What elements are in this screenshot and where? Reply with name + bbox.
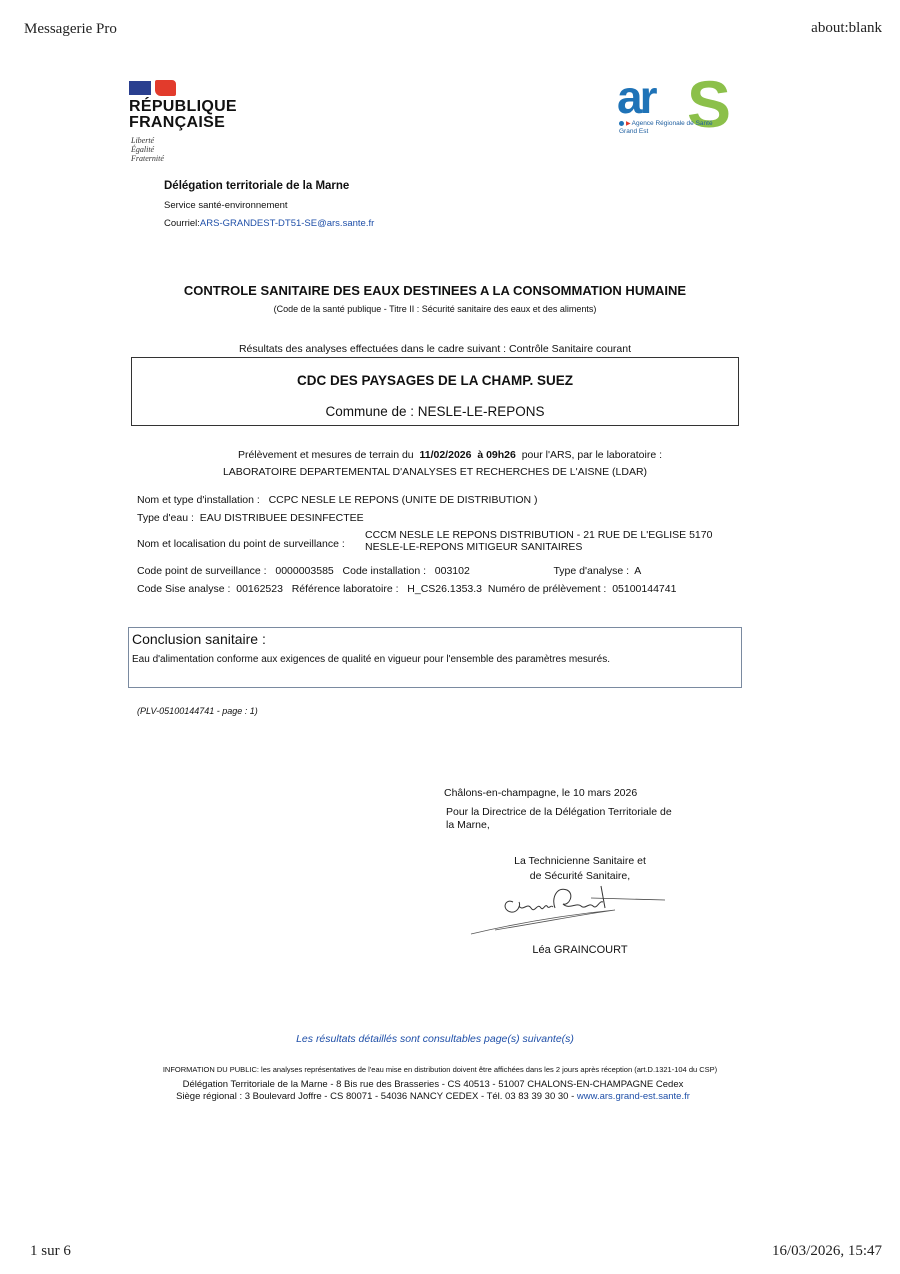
detailed-results-note: Les résultats détaillés sont consultable… <box>0 1033 870 1045</box>
public-information: INFORMATION DU PUBLIC: les analyses repr… <box>0 1065 880 1074</box>
installation-value: CCPC NESLE LE REPONS (UNITE DE DISTRIBUT… <box>269 494 538 506</box>
point-value-line2: NESLE-LE-REPONS MITIGEUR SANITAIRES <box>365 541 739 553</box>
place-date: Châlons-en-champagne, le 10 mars 2026 <box>444 787 637 799</box>
motto-fraternite: Fraternité <box>131 154 164 163</box>
sampling-prefix: Prélèvement et mesures de terrain du <box>238 449 414 461</box>
sampling-suffix: pour l'ARS, par le laboratoire : <box>522 449 662 461</box>
sise-label: Code Sise analyse : <box>137 583 230 595</box>
document-title: CONTROLE SANITAIRE DES EAUX DESTINEES A … <box>0 283 870 298</box>
rf-line1: RÉPUBLIQUE <box>129 99 237 115</box>
sise-value: 00162523 <box>236 583 283 595</box>
print-footer-timestamp: 16/03/2026, 15:47 <box>772 1243 882 1260</box>
water-type-label: Type d'eau : <box>137 512 194 524</box>
ars-tagline: ▶Agence Régionale de Santé Grand Est <box>619 120 713 136</box>
regional-address: Siège régional : 3 Boulevard Joffre - CS… <box>0 1091 866 1102</box>
website-link[interactable]: www.ars.grand-est.sante.fr <box>577 1091 690 1102</box>
signatory-name: Léa GRAINCOURT <box>480 944 680 956</box>
point-value-line1: CCCM NESLE LE REPONS DISTRIBUTION - 21 R… <box>365 529 739 541</box>
email-link[interactable]: ARS-GRANDEST-DT51-SE@ars.sante.fr <box>200 218 374 229</box>
signatory-authority: Pour la Directrice de la Délégation Terr… <box>446 806 686 832</box>
point-code-value: 0000003585 <box>275 565 333 577</box>
rf-line2: FRANÇAISE <box>129 115 237 131</box>
rf-motto: Liberté Égalité Fraternité <box>131 136 164 163</box>
lab-ref-label: Référence laboratoire : <box>292 583 399 595</box>
laboratory-name: LABORATOIRE DEPARTEMENTAL D'ANALYSES ET … <box>0 466 870 478</box>
delegation-address: Délégation Territoriale de la Marne - 8 … <box>0 1079 866 1090</box>
installation-code-value: 003102 <box>435 565 470 577</box>
regional-address-text: Siège régional : 3 Boulevard Joffre - CS… <box>176 1091 577 1102</box>
entity-name: CDC DES PAYSAGES DE LA CHAMP. SUEZ <box>132 373 738 388</box>
motto-egalite: Égalité <box>131 145 164 154</box>
water-type-row: Type d'eau : EAU DISTRIBUEE DESINFECTEE <box>137 512 364 524</box>
print-header-url: about:blank <box>811 20 882 37</box>
analysis-type-label: Type d'analyse : <box>553 565 629 577</box>
authority-line2: la Marne, <box>446 819 686 832</box>
motto-liberte: Liberté <box>131 136 164 145</box>
ars-arrow-icon: ▶ <box>626 121 631 127</box>
sampling-date: 11/02/2026 <box>419 449 471 461</box>
installation-row: Nom et type d'installation : CCPC NESLE … <box>137 494 538 506</box>
print-header-title: Messagerie Pro <box>24 21 117 38</box>
service-name: Service santé-environnement <box>164 200 288 211</box>
authority-line1: Pour la Directrice de la Délégation Terr… <box>446 806 686 819</box>
sampling-line: Prélèvement et mesures de terrain du 11/… <box>0 449 900 461</box>
email-label: Courriel: <box>164 218 200 229</box>
sample-no-value: 05100144741 <box>612 583 676 595</box>
ars-dot-icon <box>619 121 624 126</box>
ars-region: Grand Est <box>619 128 648 135</box>
role-line1: La Technicienne Sanitaire et <box>480 854 680 869</box>
conclusion-box: Conclusion sanitaire : Eau d'alimentatio… <box>128 627 742 688</box>
point-label: Nom et localisation du point de surveill… <box>137 538 345 550</box>
sampling-time: à 09h26 <box>477 449 516 461</box>
lab-ref-value: H_CS26.1353.3 <box>407 583 482 595</box>
conclusion-heading: Conclusion sanitaire : <box>132 631 266 647</box>
analysis-type-value: A <box>634 565 641 577</box>
marianne-flag-icon <box>129 80 177 96</box>
delegation-name: Délégation territoriale de la Marne <box>164 180 349 192</box>
commune-name: Commune de : NESLE-LE-REPONS <box>132 404 738 419</box>
point-code-label: Code point de surveillance : <box>137 565 267 577</box>
codes-row: Code point de surveillance : 0000003585 … <box>137 565 641 577</box>
control-framework: Résultats des analyses effectuées dans l… <box>0 343 870 355</box>
print-footer-page-count: 1 sur 6 <box>30 1243 71 1260</box>
conclusion-text: Eau d'alimentation conforme aux exigence… <box>132 654 610 665</box>
ars-logo: ar S ▶Agence Régionale de Santé Grand Es… <box>617 80 737 150</box>
ars-logo-ar: ar <box>617 70 654 124</box>
point-value: CCCM NESLE LE REPONS DISTRIBUTION - 21 R… <box>365 529 739 553</box>
sample-no-label: Numéro de prélèvement : <box>488 583 606 595</box>
installation-code-label: Code installation : <box>343 565 426 577</box>
entity-box: CDC DES PAYSAGES DE LA CHAMP. SUEZ Commu… <box>131 357 739 426</box>
refs-row: Code Sise analyse : 00162523 Référence l… <box>137 583 676 595</box>
handwritten-signature-icon <box>465 880 675 940</box>
page-reference: (PLV-05100144741 - page : 1) <box>137 706 258 716</box>
republique-francaise-logo: RÉPUBLIQUE FRANÇAISE <box>129 99 237 131</box>
email-line: Courriel:ARS-GRANDEST-DT51-SE@ars.sante.… <box>164 218 374 229</box>
installation-label: Nom et type d'installation : <box>137 494 260 506</box>
document-subtitle: (Code de la santé publique - Titre II : … <box>0 304 870 314</box>
water-type-value: EAU DISTRIBUEE DESINFECTEE <box>200 512 364 524</box>
ars-tagline-text: Agence Régionale de Santé <box>632 120 713 127</box>
